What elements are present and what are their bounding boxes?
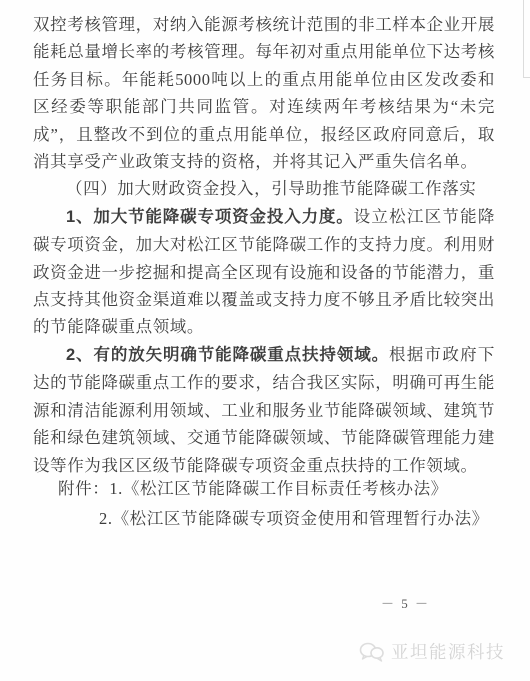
watermark-text: 亚坦能源科技 [391,639,505,664]
section-heading-4: （四）加大财政资金投入，引导助推节能降碳工作落实 [33,175,495,202]
document-body: 双控考核管理，对纳入能源考核统计范围的非工样本企业开展能耗总量增长率的考核管理。… [33,11,495,479]
scan-artifact-vertical-line [523,0,524,77]
paragraph-item-2: 2、有的放矢明确节能降碳重点扶持领域。根据市政府下达的节能降碳重点工作的要求，结… [33,341,495,479]
paragraph-continuation: 双控考核管理，对纳入能源考核统计范围的非工样本企业开展能耗总量增长率的考核管理。… [33,11,495,175]
item-1-bold-lead: 1、加大节能降碳专项资金投入力度。 [66,208,354,226]
scanned-document-page: 双控考核管理，对纳入能源考核统计范围的非工样本企业开展能耗总量增长率的考核管理。… [0,0,530,681]
attachment-item-2: 2.《松江区节能降碳专项资金使用和管理暂行办法》 [99,509,489,528]
paragraph-item-1: 1、加大节能降碳专项资金投入力度。设立松江区节能降碳专项资金，加大对松江区节能降… [33,203,495,341]
attachments-label: 附件： [58,479,109,498]
item-2-body-text: 根据市政府下达的节能降碳重点工作的要求，结合我区实际，明确可再生能源和清洁能源利… [33,345,495,475]
item-1-body-text: 设立松江区节能降碳专项资金，加大对松江区节能降碳工作的支持力度。利用财政资金进一… [33,207,495,337]
attachment-line-2: 2.《松江区节能降碳专项资金使用和管理暂行办法》 [58,504,498,534]
attachment-line-1: 附件：1.《松江区节能降碳工作目标责任考核办法》 [58,474,498,504]
section-heading-text: （四）加大财政资金投入，引导助推节能降碳工作落实 [66,179,476,198]
attachments-block: 附件：1.《松江区节能降碳工作目标责任考核办法》 2.《松江区节能降碳专项资金使… [58,474,498,534]
chat-bubbles-logo-icon [359,641,385,663]
item-2-bold-lead: 2、有的放矢明确节能降碳重点扶持领域。 [66,346,389,364]
attachment-item-1: 1.《松江区节能降碳工作目标责任考核办法》 [109,479,447,498]
watermark: 亚坦能源科技 [359,639,505,664]
scan-artifact-horizontal-line [523,77,530,78]
page-number: － 5 － [381,593,430,612]
